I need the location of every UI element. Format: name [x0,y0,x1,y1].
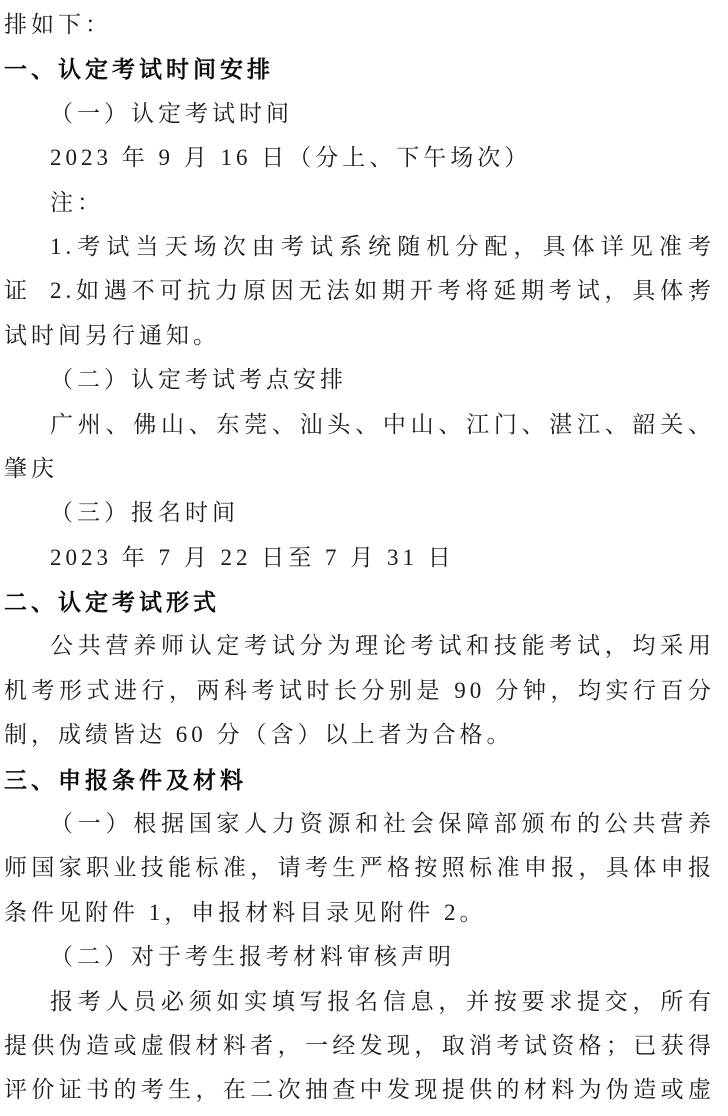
body-line: 报考人员必须如实填写报名信息，并按要求提交，所有 [4,980,715,1024]
body-line: 机考形式进行，两科考试时长分别是 90 分钟，均实行百分 [4,669,715,713]
body-line: 2023 年 7 月 22 日至 7 月 31 日 [4,536,715,580]
heading-line: 一、认定考试时间安排 [4,47,715,91]
body-line: 肇庆 [4,447,715,491]
body-line: （二）对于考生报考材料审核声明 [4,935,715,979]
heading-line: 三、申报条件及材料 [4,758,715,802]
body-line: 师国家职业技能标准，请考生严格按照标准申报，具体申报 [4,846,715,890]
body-line: 注： [4,181,715,225]
body-line: 提供伪造或虚假材料者，一经发现，取消考试资格；已获得 [4,1024,715,1068]
document-page: 排如下：一、认定考试时间安排（一）认定考试时间2023 年 9 月 16 日（分… [0,0,728,1116]
body-line: 广州、佛山、东莞、汕头、中山、江门、湛江、韶关、 [4,403,715,447]
body-line: 评价证书的考生，在二次抽查中发现提供的材料为伪造或虚 [4,1068,715,1112]
body-line: （二）认定考试考点安排 [4,358,715,402]
body-line: 2023 年 9 月 16 日（分上、下午场次） [4,136,715,180]
body-line: （一）认定考试时间 [4,92,715,136]
body-line: 试时间另行通知。 [4,314,715,358]
body-line: 条件见附件 1，申报材料目录见附件 2。 [4,891,715,935]
body-line: 公共营养师认定考试分为理论考试和技能考试，均采用 [4,624,715,668]
body-line: 排如下： [4,3,715,47]
body-line: 1.考试当天场次由考试系统随机分配，具体详见准考证； [4,225,715,269]
body-line: （一）根据国家人力资源和社会保障部颁布的公共营养 [4,802,715,846]
body-line: （三）报名时间 [4,491,715,535]
body-line: 制，成绩皆达 60 分（含）以上者为合格。 [4,713,715,757]
body-line: 2.如遇不可抗力原因无法如期开考将延期考试，具体考 [4,269,715,313]
heading-line: 二、认定考试形式 [4,580,715,624]
